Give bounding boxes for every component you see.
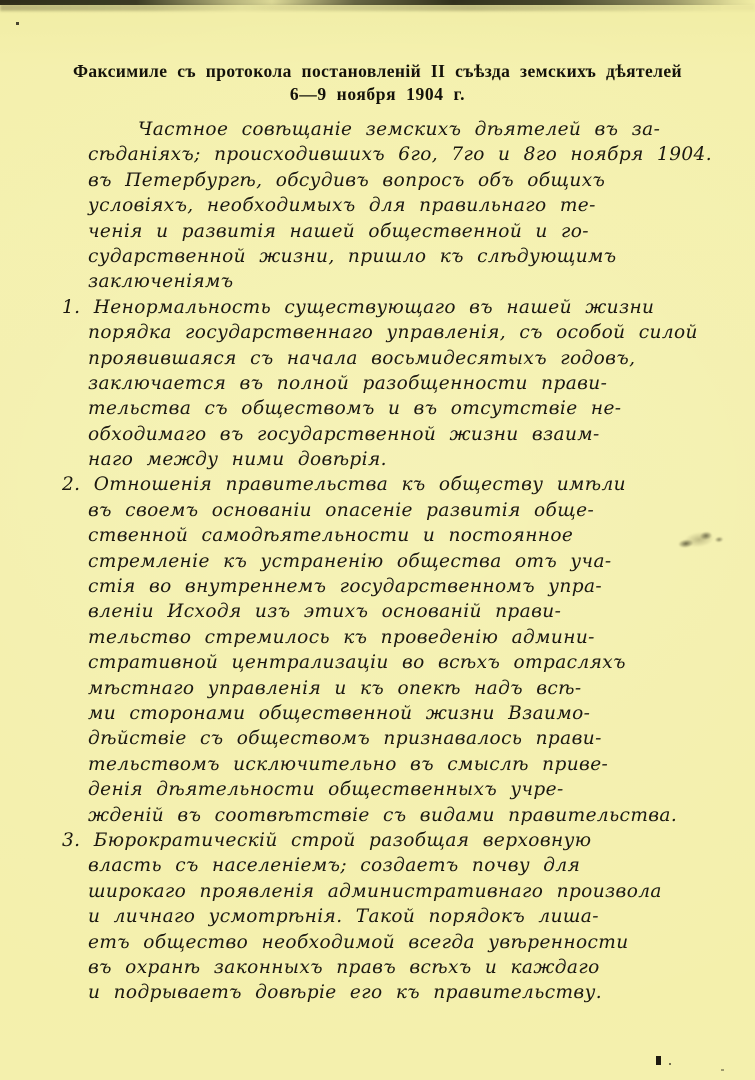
- handwritten-line: условіяхъ, необходимыхъ для правильнаго …: [88, 193, 700, 218]
- handwritten-line: стративной централизаціи во всѣхъ отрасл…: [88, 650, 700, 675]
- handwritten-line: сѣданіяхъ; происходившихъ 6го, 7го и 8го…: [88, 142, 700, 167]
- handwritten-line: порядка государственнаго управленія, съ …: [88, 320, 700, 345]
- scan-edge-dark-band: [0, 0, 755, 5]
- handwritten-line: широкаго проявленія административнаго пр…: [88, 879, 700, 904]
- document-header: Факсимиле съ протокола постановленій II …: [0, 60, 755, 106]
- handwritten-line: заключеніямъ: [88, 269, 700, 294]
- handwritten-line-item-1: 1. Ненормальность существующаго въ нашей…: [62, 295, 700, 320]
- handwritten-line: тельствомъ исключительно въ смыслѣ приве…: [88, 752, 700, 777]
- handwritten-line: денія дѣятельности общественныхъ учре-: [88, 777, 700, 802]
- handwritten-line: етъ общество необходимой всегда увѣренно…: [88, 930, 700, 955]
- handwritten-body: Частное совѣщаніе земскихъ дѣятелей въ з…: [88, 117, 700, 1006]
- scanned-document-page: Факсимиле съ протокола постановленій II …: [0, 0, 755, 1080]
- scan-edge-fade-band: [0, 4, 755, 11]
- handwritten-line: въ своемъ основаніи опасеніе развитія об…: [88, 498, 700, 523]
- handwritten-line: дѣйствіе съ обществомъ признавалось прав…: [88, 726, 700, 751]
- scan-edge-artifact: [0, 0, 755, 12]
- handwritten-line: тельства съ обществомъ и въ отсутствіе н…: [88, 396, 700, 421]
- handwritten-line-item-3: 3. Бюрократическій строй разобщая верхов…: [62, 828, 700, 853]
- handwritten-line: и личнаго усмотрѣнія. Такой порядокъ лиш…: [88, 904, 700, 929]
- ink-speck-artifact: [669, 1063, 671, 1065]
- handwritten-line: ми сторонами общественной жизни Взаимо-: [88, 701, 700, 726]
- handwritten-line: наго между ними довѣрія.: [88, 447, 700, 472]
- document-title-line1: Факсимиле съ протокола постановленій II …: [0, 60, 755, 83]
- document-title-line2: 6—9 ноября 1904 г.: [0, 83, 755, 106]
- handwritten-line: ченія и развитія нашей общественной и го…: [88, 219, 700, 244]
- handwritten-line: власть съ населеніемъ; создаетъ почву дл…: [88, 853, 700, 878]
- ink-speck-artifact: [16, 22, 19, 25]
- handwritten-line: вленіи Исходя изъ этихъ основаній прави-: [88, 599, 700, 624]
- handwritten-line: въ Петербургѣ, обсудивъ вопросъ объ общи…: [88, 168, 700, 193]
- handwritten-line: заключается въ полной разобщенности прав…: [88, 371, 700, 396]
- handwritten-line: обходимаго въ государственной жизни взаи…: [88, 422, 700, 447]
- handwritten-line: стремленіе къ устраненію общества отъ уч…: [88, 549, 700, 574]
- ink-speck-artifact: [721, 1069, 724, 1071]
- handwritten-line-item-2: 2. Отношенія правительства къ обществу и…: [62, 472, 700, 497]
- handwritten-line: проявившаяся съ начала восьмидесятыхъ го…: [88, 346, 700, 371]
- handwritten-line: сударственной жизни, пришло къ слѣдующим…: [88, 244, 700, 269]
- handwritten-line: Частное совѣщаніе земскихъ дѣятелей въ з…: [88, 117, 700, 142]
- handwritten-line: жденій въ соотвѣтствіе съ видами правите…: [88, 803, 700, 828]
- handwritten-line: мѣстнаго управленія и къ опекѣ надъ всѣ-: [88, 676, 700, 701]
- handwritten-line: ственной самодѣятельности и постоянное: [88, 523, 700, 548]
- ink-smudge-artifact: [666, 520, 731, 557]
- handwritten-line: и подрываетъ довѣріе его къ правительств…: [88, 980, 700, 1005]
- handwritten-line: тельство стремилось къ проведенію админи…: [88, 625, 700, 650]
- ink-speck-artifact: [656, 1056, 661, 1065]
- handwritten-line: стія во внутреннемъ государственномъ упр…: [88, 574, 700, 599]
- handwritten-line: въ охранѣ законныхъ правъ всѣхъ и каждаг…: [88, 955, 700, 980]
